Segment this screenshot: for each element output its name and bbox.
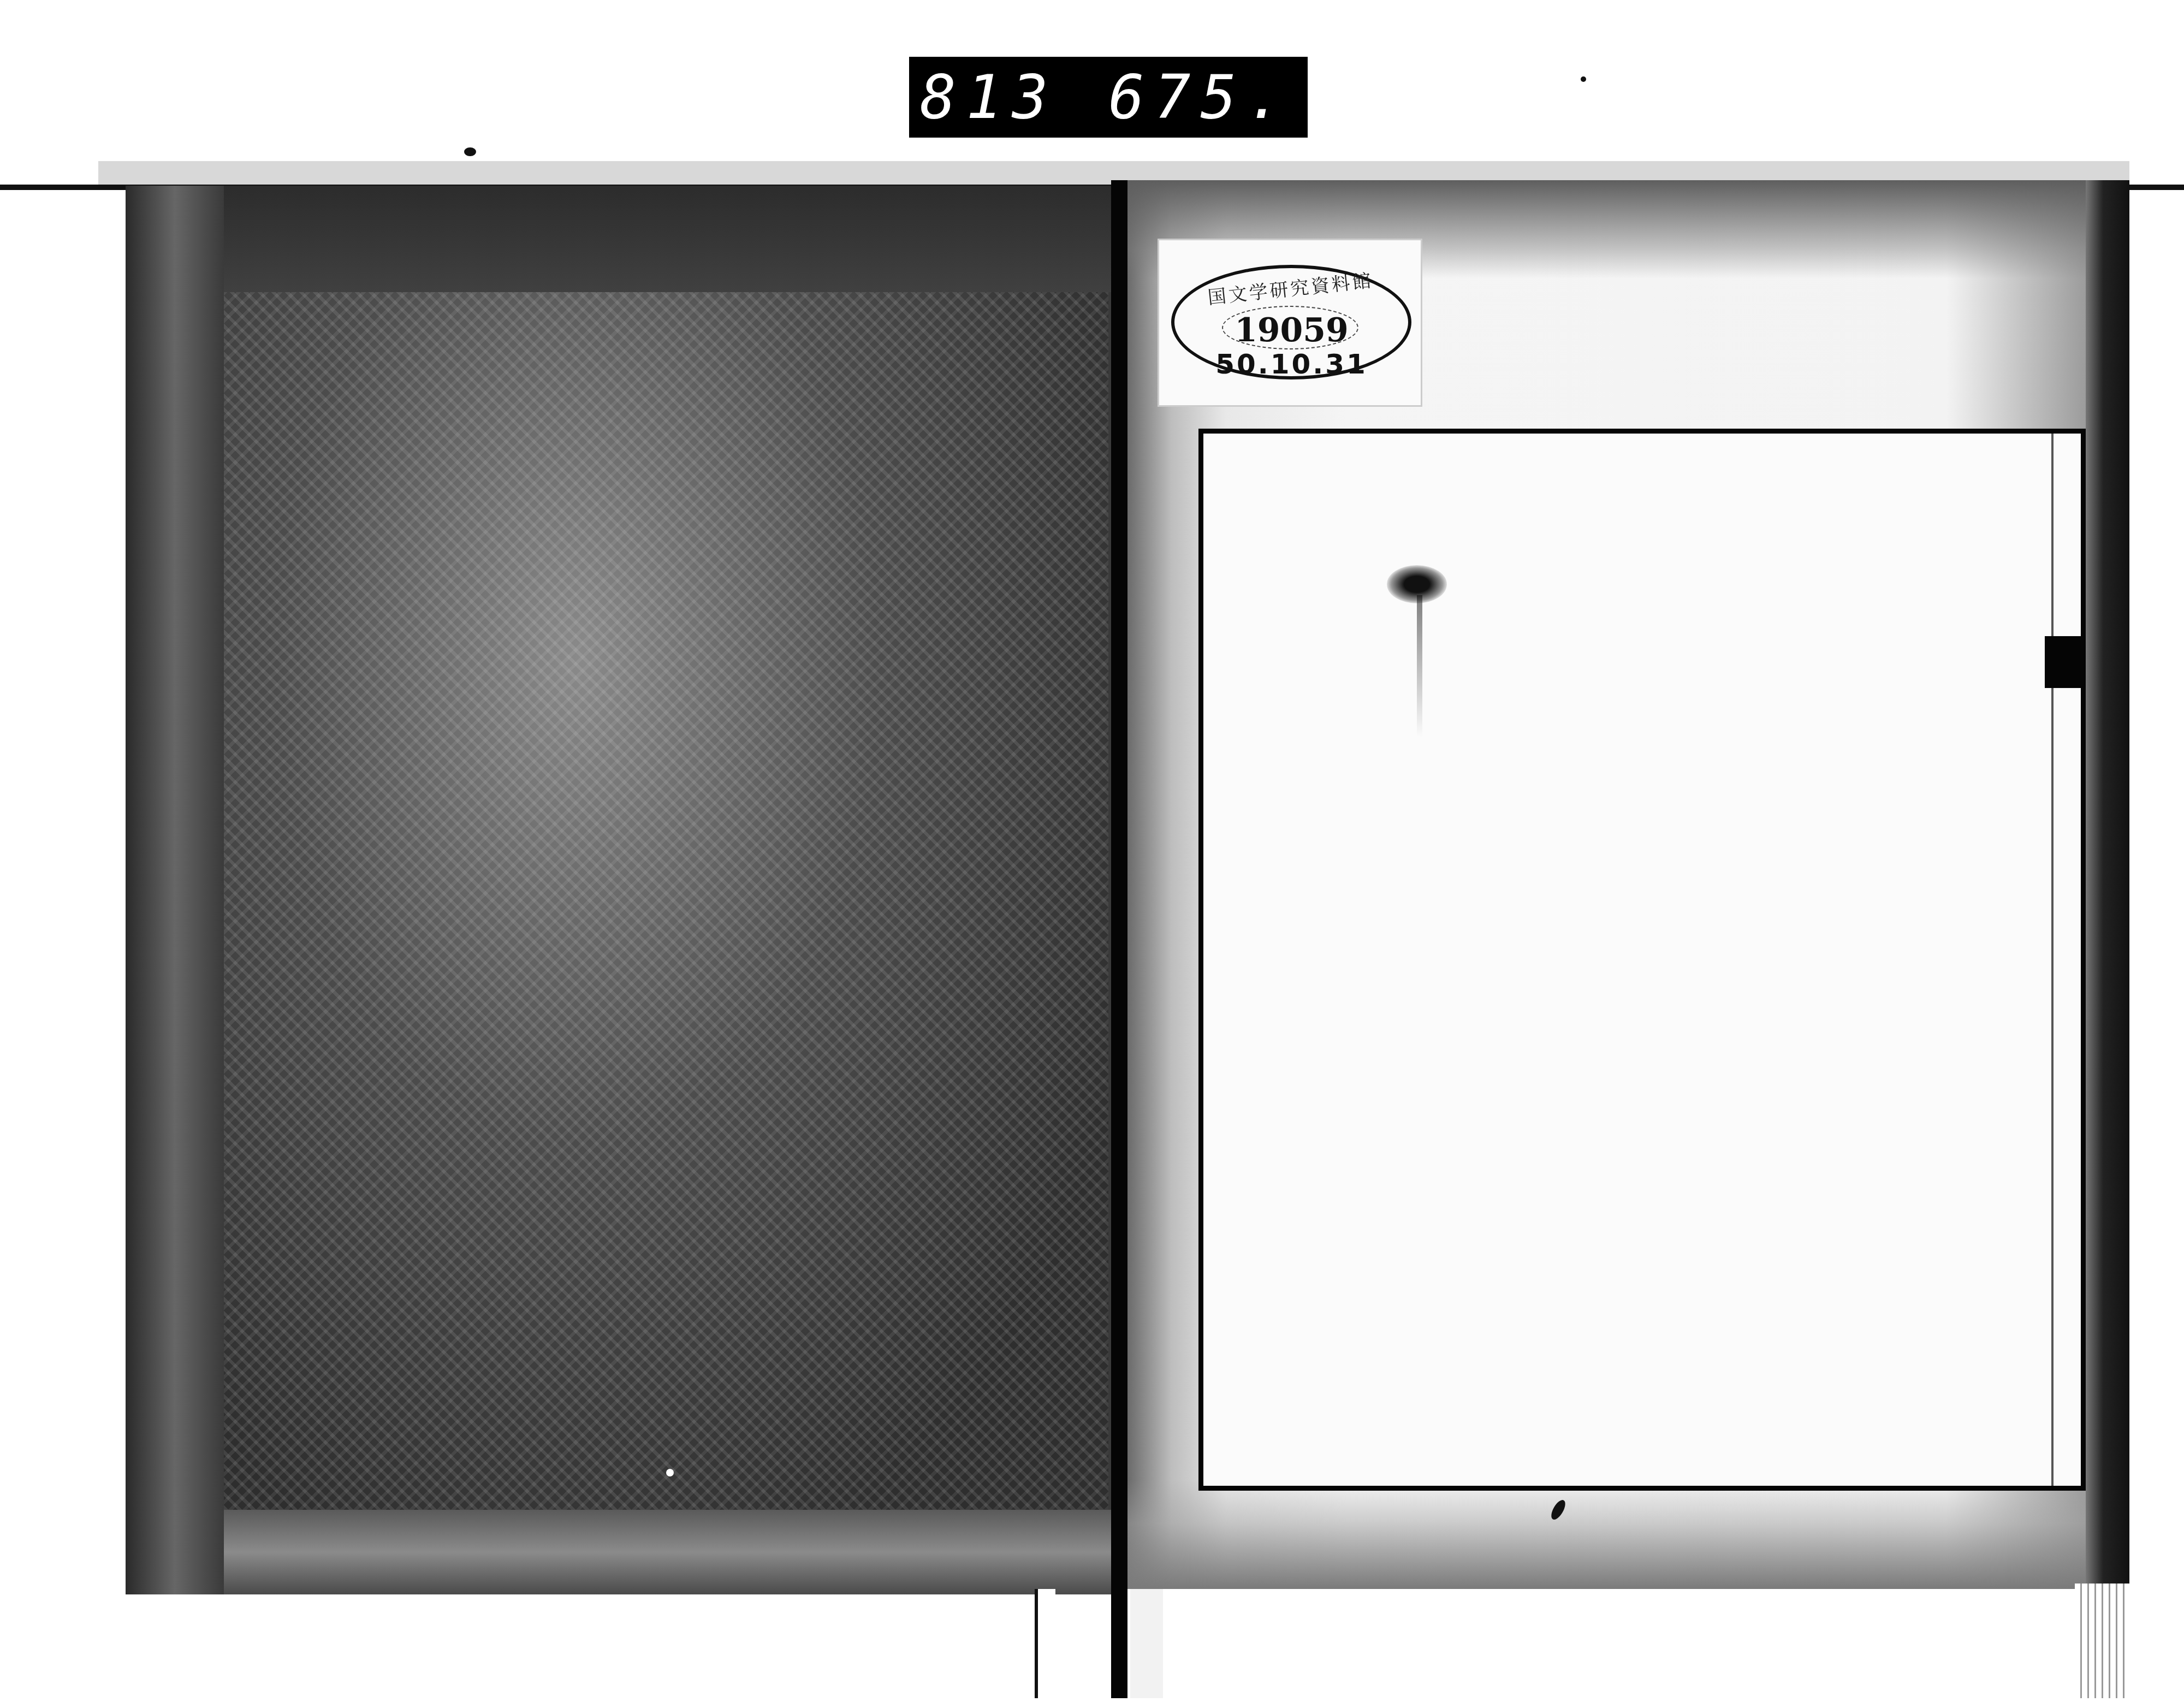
sayagata-pattern-paper [224, 292, 1108, 1510]
stamp-date: 50.10.31 [1159, 348, 1424, 380]
frame-code-left: 813 [920, 62, 1058, 132]
cover-bottom-band [224, 1510, 1114, 1594]
scan-speck [464, 147, 476, 156]
page-stack-strips [2075, 1584, 2129, 1698]
cover-turn-in-edge [126, 186, 224, 1594]
stamp-accession-number: 19059 [1159, 311, 1424, 349]
scan-speck [666, 1469, 674, 1476]
film-frame-label: 813 675. [909, 57, 1308, 138]
frame-inner-edge [2051, 434, 2054, 1486]
library-accession-stamp: 国文学研究資料館 19059 50.10.31 [1158, 239, 1422, 407]
frame-code-right: 675. [1108, 62, 1292, 132]
page-bottom-shadow [1127, 1480, 2129, 1589]
binding-tab-left [1035, 1589, 1055, 1698]
fore-edge-page-stack [2086, 180, 2129, 1600]
ink-stain-trail [1417, 595, 1422, 737]
fore-edge-tab [2045, 636, 2086, 688]
binding-tab-right [1130, 1589, 1163, 1698]
scan-speck [1581, 76, 1586, 82]
printed-frame-border [1198, 429, 2086, 1491]
book-gutter [1111, 180, 1127, 1698]
cover-top-band [224, 186, 1114, 292]
left-page-inside-cover [126, 186, 1114, 1594]
